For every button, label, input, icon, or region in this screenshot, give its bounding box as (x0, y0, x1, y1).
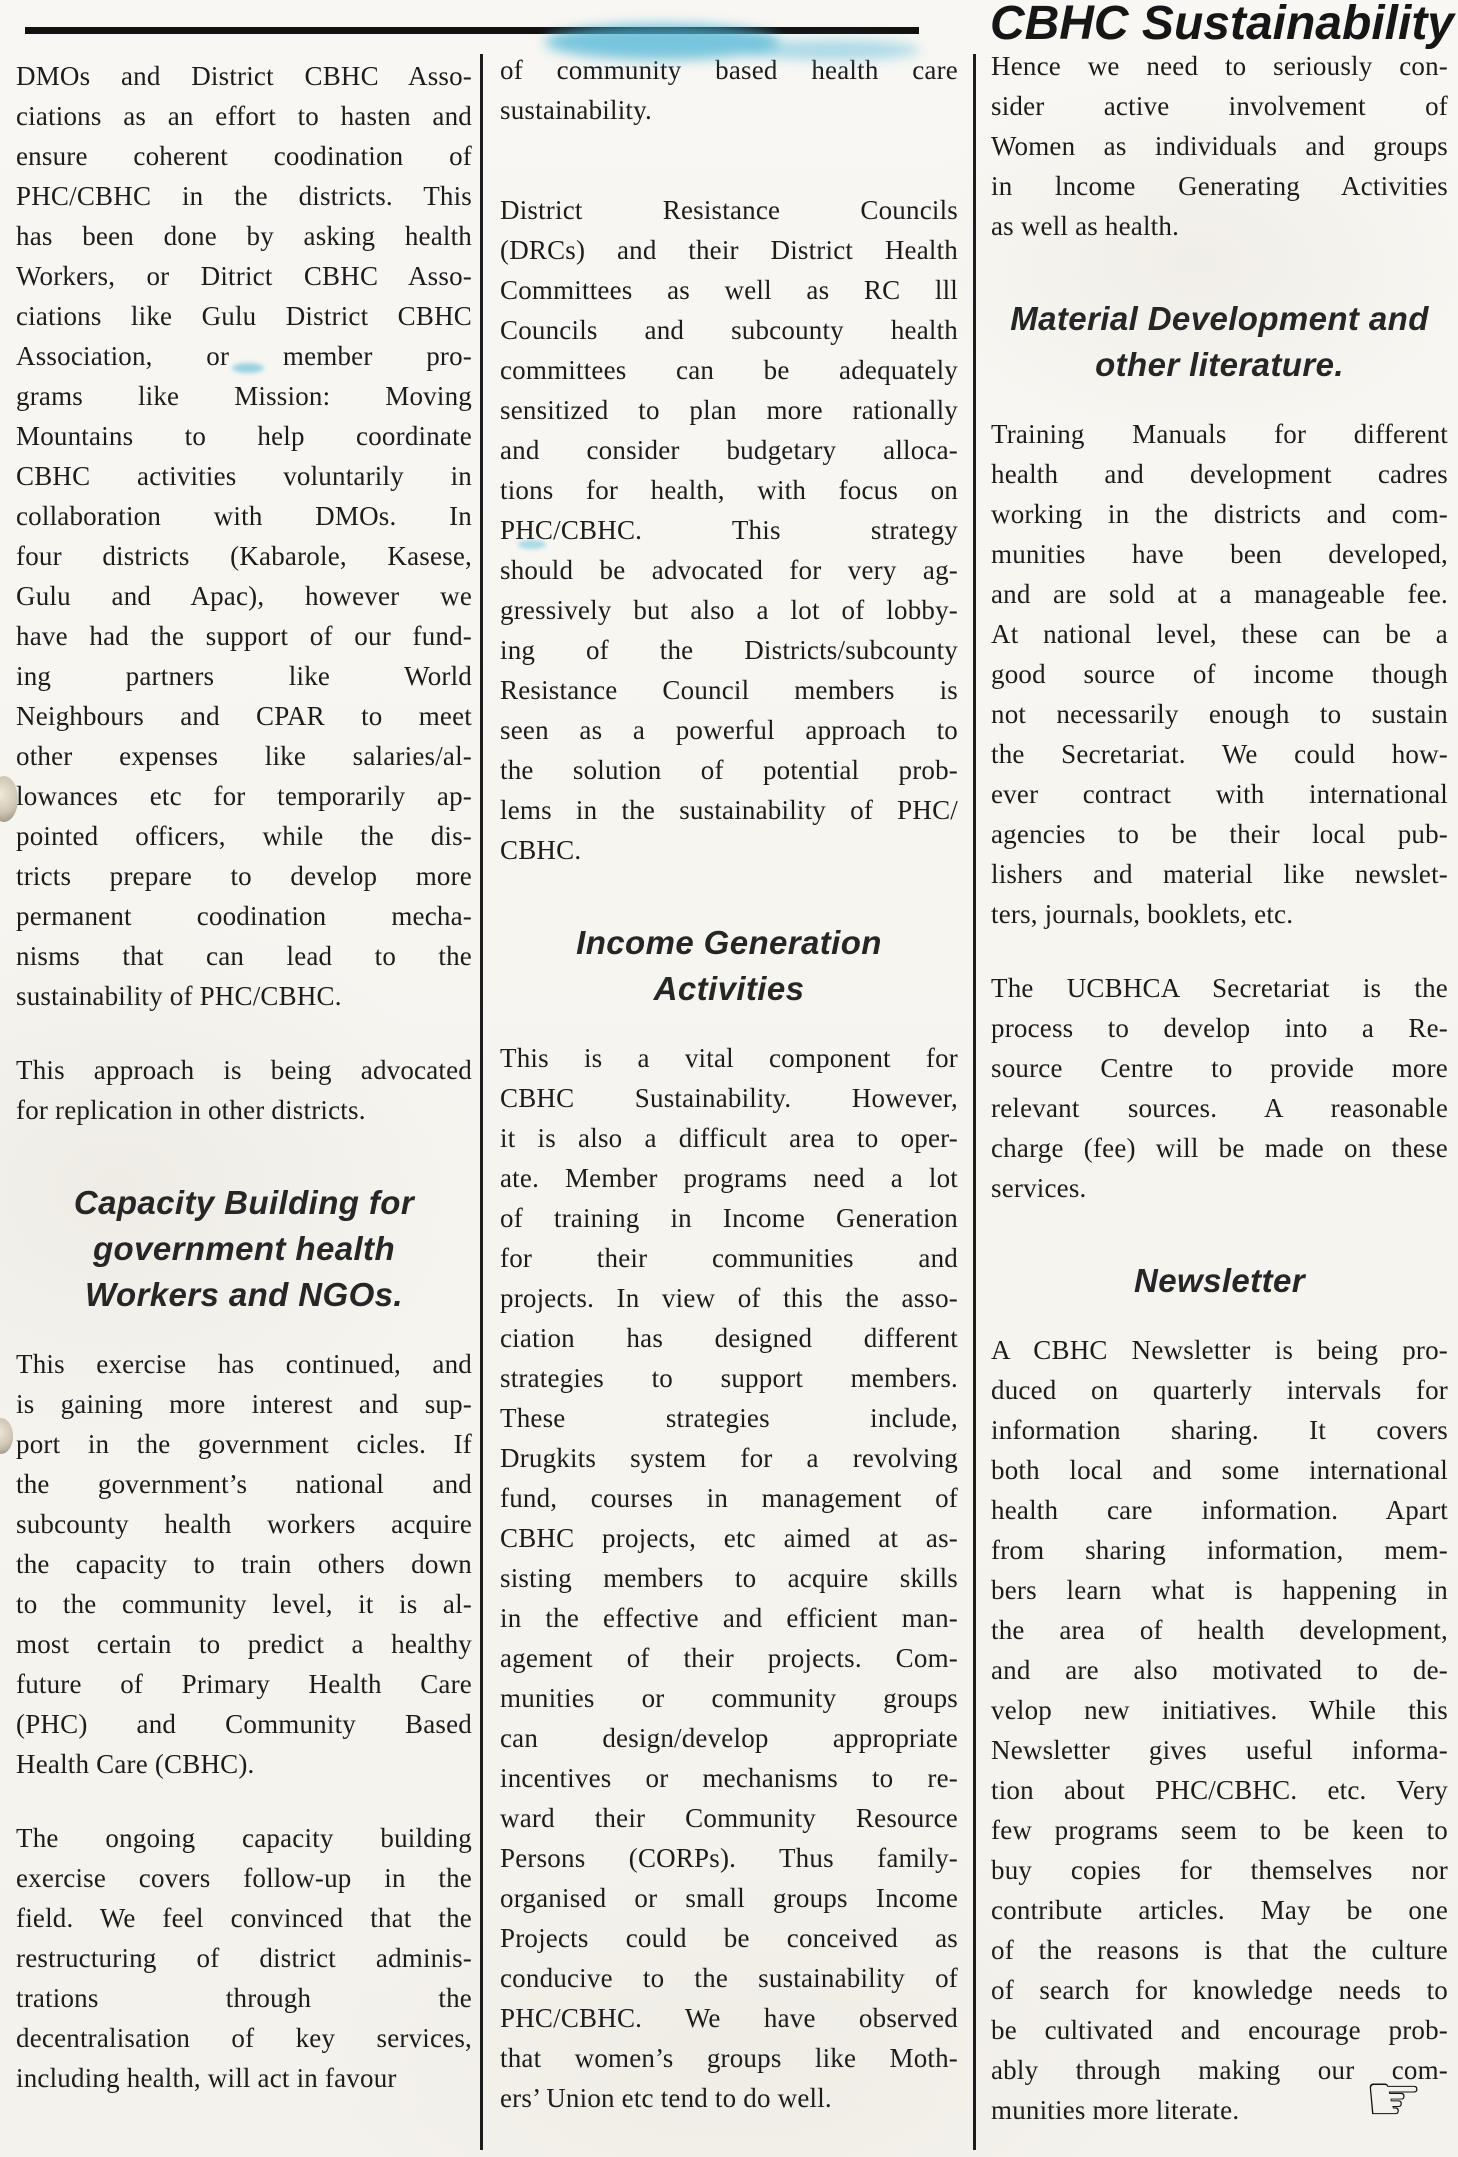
text-line: information sharing. It covers (991, 1410, 1448, 1450)
section-heading: Newsletter (991, 1258, 1448, 1304)
text-line: PHC/CBHC in the districts. This (16, 176, 472, 216)
section-heading: Material Development andother literature… (991, 296, 1448, 388)
text-line: Women as individuals and groups (991, 126, 1448, 166)
text-line: the government’s national and (16, 1464, 472, 1504)
text-line: strategies to support members. (500, 1358, 958, 1398)
text-line: as well as health. (991, 206, 1448, 246)
text-line: Drugkits system for a revolving (500, 1438, 958, 1478)
text-line: not necessarily enough to sustain (991, 694, 1448, 734)
text-line: Capacity Building for (16, 1180, 472, 1226)
text-line: source Centre to provide more (991, 1048, 1448, 1088)
text-line: trations through the (16, 1978, 472, 2018)
text-line: that women’s groups like Moth- (500, 2038, 958, 2078)
text-line: seen as a powerful approach to (500, 710, 958, 750)
scan-artifact (0, 1418, 13, 1454)
text-line: Activities (500, 966, 958, 1012)
text-line: These strategies include, (500, 1398, 958, 1438)
text-line: health care information. Apart (991, 1490, 1448, 1530)
text-line: Workers, or Ditrict CBHC Asso- (16, 256, 472, 296)
text-line: buy copies for themselves nor (991, 1850, 1448, 1890)
text-line: velop new initiatives. While this (991, 1690, 1448, 1730)
text-line: the Secretariat. We could how- (991, 734, 1448, 774)
text-line: lems in the sustainability of PHC/ (500, 790, 958, 830)
text-line: should be advocated for very ag- (500, 550, 958, 590)
section-heading: Capacity Building forgovernment healthWo… (16, 1180, 472, 1318)
text-line: other literature. (991, 342, 1448, 388)
text-line: has been done by asking health (16, 216, 472, 256)
text-line: to the community level, it is al- (16, 1584, 472, 1624)
text-line: sider active involvement of (991, 86, 1448, 126)
text-line: sisting members to acquire skills (500, 1558, 958, 1598)
text-line: ing of the Districts/subcounty (500, 630, 958, 670)
text-line: grams like Mission: Moving (16, 376, 472, 416)
paragraph: The ongoing capacity buildingexercise co… (16, 1818, 472, 2098)
text-line: government health (16, 1226, 472, 1272)
ink-smudge (232, 363, 264, 373)
text-line: agencies to be their local pub- (991, 814, 1448, 854)
text-line: ciations like Gulu District CBHC (16, 296, 472, 336)
text-line: Councils and subcounty health (500, 310, 958, 350)
text-line: future of Primary Health Care (16, 1664, 472, 1704)
text-line: Hence we need to seriously con- (991, 46, 1448, 86)
page-title: CBHC Sustainability (990, 0, 1454, 51)
text-line: Income Generation (500, 920, 958, 966)
text-line: organised or small groups Income (500, 1878, 958, 1918)
text-line: four districts (Kabarole, Kasese, (16, 536, 472, 576)
text-line: in lncome Generating Activities (991, 166, 1448, 206)
text-line: for their communities and (500, 1238, 958, 1278)
text-line: ters, journals, booklets, etc. (991, 894, 1448, 934)
text-line: good source of income though (991, 654, 1448, 694)
text-line: munities have been developed, (991, 534, 1448, 574)
column-2: of community based health caresustainabi… (500, 50, 958, 2152)
text-line: Projects could be conceived as (500, 1918, 958, 1958)
paragraph: A CBHC Newsletter is being pro-duced on … (991, 1330, 1448, 2130)
text-line: both local and some international (991, 1450, 1448, 1490)
text-line: lowances etc for temporarily ap- (16, 776, 472, 816)
text-line: have had the support of our fund- (16, 616, 472, 656)
paragraph: of community based health caresustainabi… (500, 50, 958, 130)
text-line: fund, courses in management of (500, 1478, 958, 1518)
text-line: District Resistance Councils (500, 190, 958, 230)
text-line: and are sold at a manageable fee. (991, 574, 1448, 614)
text-line: nisms that can lead to the (16, 936, 472, 976)
text-line: contribute articles. May be one (991, 1890, 1448, 1930)
paragraph: DMOs and District CBHC Asso-ciations as … (16, 56, 472, 1016)
text-line: The ongoing capacity building (16, 1818, 472, 1858)
text-line: of training in Income Generation (500, 1198, 958, 1238)
text-line: port in the government cicles. If (16, 1424, 472, 1464)
text-line: Persons (CORPs). Thus family- (500, 1838, 958, 1878)
text-line: the area of health development, (991, 1610, 1448, 1650)
text-line: subcounty health workers acquire (16, 1504, 472, 1544)
text-line: This is a vital component for (500, 1038, 958, 1078)
text-line: can design/develop appropriate (500, 1718, 958, 1758)
text-line: Resistance Council members is (500, 670, 958, 710)
text-line: This approach is being advocated (16, 1050, 472, 1090)
header-rule (25, 27, 919, 34)
ink-smudge (545, 24, 780, 60)
column-3: Hence we need to seriously con-sider act… (991, 46, 1448, 2157)
text-line: relevant sources. A reasonable (991, 1088, 1448, 1128)
text-line: tricts prepare to develop more (16, 856, 472, 896)
text-line: health and development cadres (991, 454, 1448, 494)
text-line: field. We feel convinced that the (16, 1898, 472, 1938)
text-line: Material Development and (991, 296, 1448, 342)
text-line: of search for knowledge needs to (991, 1970, 1448, 2010)
text-line: ciation has designed different (500, 1318, 958, 1358)
text-line: ward their Community Resource (500, 1798, 958, 1838)
text-line: collaboration with DMOs. In (16, 496, 472, 536)
text-line: Neighbours and CPAR to meet (16, 696, 472, 736)
text-line: exercise covers follow-up in the (16, 1858, 472, 1898)
text-line: from sharing information, mem- (991, 1530, 1448, 1570)
text-line: duced on quarterly intervals for (991, 1370, 1448, 1410)
column-divider-2 (973, 54, 976, 2150)
text-line: munities or community groups (500, 1678, 958, 1718)
text-line: permanent coodination mecha- (16, 896, 472, 936)
text-line: incentives or mechanisms to re- (500, 1758, 958, 1798)
text-line: sustainability of PHC/CBHC. (16, 976, 472, 1016)
text-line: is gaining more interest and sup- (16, 1384, 472, 1424)
text-line: the capacity to train others down (16, 1544, 472, 1584)
text-line: ciations as an effort to hasten and (16, 96, 472, 136)
paragraph: This exercise has continued, andis gaini… (16, 1344, 472, 1784)
text-line: DMOs and District CBHC Asso- (16, 56, 472, 96)
text-line: Newsletter (991, 1258, 1448, 1304)
text-line: Workers and NGOs. (16, 1272, 472, 1318)
text-line: ers’ Union etc tend to do well. (500, 2078, 958, 2118)
text-line: committees can be adequately (500, 350, 958, 390)
text-line: working in the districts and com- (991, 494, 1448, 534)
text-line: Health Care (CBHC). (16, 1744, 472, 1784)
text-line: PHC/CBHC. This strategy (500, 510, 958, 550)
text-line: tions for health, with focus on (500, 470, 958, 510)
text-line: including health, will act in favour (16, 2058, 472, 2098)
text-line: be cultivated and encourage prob- (991, 2010, 1448, 2050)
text-line: Mountains to help coordinate (16, 416, 472, 456)
ink-smudge (745, 40, 920, 60)
text-line: This exercise has continued, and (16, 1344, 472, 1384)
text-line: for replication in other districts. (16, 1090, 472, 1130)
text-line: Gulu and Apac), however we (16, 576, 472, 616)
section-heading: Income GenerationActivities (500, 920, 958, 1012)
text-line: few programs seem to be keen to (991, 1810, 1448, 1850)
text-line: it is also a difficult area to oper- (500, 1118, 958, 1158)
text-line: CBHC activities voluntarily in (16, 456, 472, 496)
text-line: conducive to the sustainability of (500, 1958, 958, 1998)
text-line: Training Manuals for different (991, 414, 1448, 454)
text-line: bers learn what is happening in (991, 1570, 1448, 1610)
text-line: The UCBHCA Secretariat is the (991, 968, 1448, 1008)
text-line: decentralisation of key services, (16, 2018, 472, 2058)
text-line: services. (991, 1168, 1448, 1208)
text-line: Newsletter gives useful informa- (991, 1730, 1448, 1770)
paragraph: The UCBHCA Secretariat is theprocess to … (991, 968, 1448, 1208)
text-line: ensure coherent coodination of (16, 136, 472, 176)
paragraph: District Resistance Councils(DRCs) and t… (500, 164, 958, 870)
column-divider-1 (480, 54, 483, 2150)
text-line: pointed officers, while the dis- (16, 816, 472, 856)
ink-smudge (518, 540, 546, 549)
text-line: charge (fee) will be made on these (991, 1128, 1448, 1168)
text-line: process to develop into a Re- (991, 1008, 1448, 1048)
paragraph: Training Manuals for differenthealth and… (991, 414, 1448, 934)
text-line: most certain to predict a healthy (16, 1624, 472, 1664)
text-line: sensitized to plan more rationally (500, 390, 958, 430)
text-line: (DRCs) and their District Health (500, 230, 958, 270)
text-line: ever contract with international (991, 774, 1448, 814)
text-line: sustainability. (500, 90, 958, 130)
text-line: ing partners like World (16, 656, 472, 696)
text-line: and consider budgetary alloca- (500, 430, 958, 470)
text-line: PHC/CBHC. We have observed (500, 1998, 958, 2038)
paragraph: This approach is being advocatedfor repl… (16, 1050, 472, 1130)
text-line: tion about PHC/CBHC. etc. Very (991, 1770, 1448, 1810)
text-line: the solution of potential prob- (500, 750, 958, 790)
text-line: other expenses like salaries/al- (16, 736, 472, 776)
text-line: ate. Member programs need a lot (500, 1158, 958, 1198)
text-line: agement of their projects. Com- (500, 1638, 958, 1678)
text-line: CBHC Sustainability. However, (500, 1078, 958, 1118)
text-line: restructuring of district adminis- (16, 1938, 472, 1978)
text-line: Committees as well as RC lll (500, 270, 958, 310)
scanned-newsletter-page: CBHC Sustainability DMOs and District CB… (0, 0, 1458, 2157)
text-line: At national level, these can be a (991, 614, 1448, 654)
text-line: of the reasons is that the culture (991, 1930, 1448, 1970)
text-line: and are also motivated to de- (991, 1650, 1448, 1690)
text-line: projects. In view of this the asso- (500, 1278, 958, 1318)
text-line: lishers and material like newslet- (991, 854, 1448, 894)
pointing-hand-icon: ☞ (1364, 2066, 1423, 2132)
text-line: A CBHC Newsletter is being pro- (991, 1330, 1448, 1370)
text-line: in the effective and efficient man- (500, 1598, 958, 1638)
text-line: gressively but also a lot of lobby- (500, 590, 958, 630)
text-line: (PHC) and Community Based (16, 1704, 472, 1744)
text-line: CBHC. (500, 830, 958, 870)
paragraph: This is a vital component forCBHC Sustai… (500, 1038, 958, 2118)
paragraph: Hence we need to seriously con-sider act… (991, 46, 1448, 246)
text-line: CBHC projects, etc aimed at as- (500, 1518, 958, 1558)
